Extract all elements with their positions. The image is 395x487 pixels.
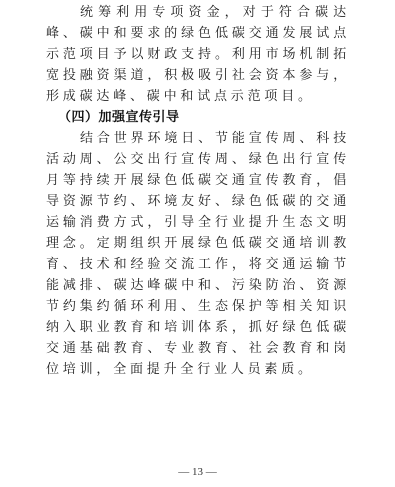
document-page: 统筹利用专项资金，对于符合碳达峰、碳中和要求的绿色低碳交通发展试点示范项目予以财…	[46, 2, 350, 380]
paragraph-publicity: 结合世界环境日、节能宣传周、科技活动周、公交出行宣传周、绿色出行宣传月等持续开展…	[46, 128, 350, 380]
page-number: — 13 —	[0, 466, 395, 478]
section-heading: （四）加强宣传引导	[46, 107, 350, 128]
paragraph-funding: 统筹利用专项资金，对于符合碳达峰、碳中和要求的绿色低碳交通发展试点示范项目予以财…	[46, 2, 350, 107]
